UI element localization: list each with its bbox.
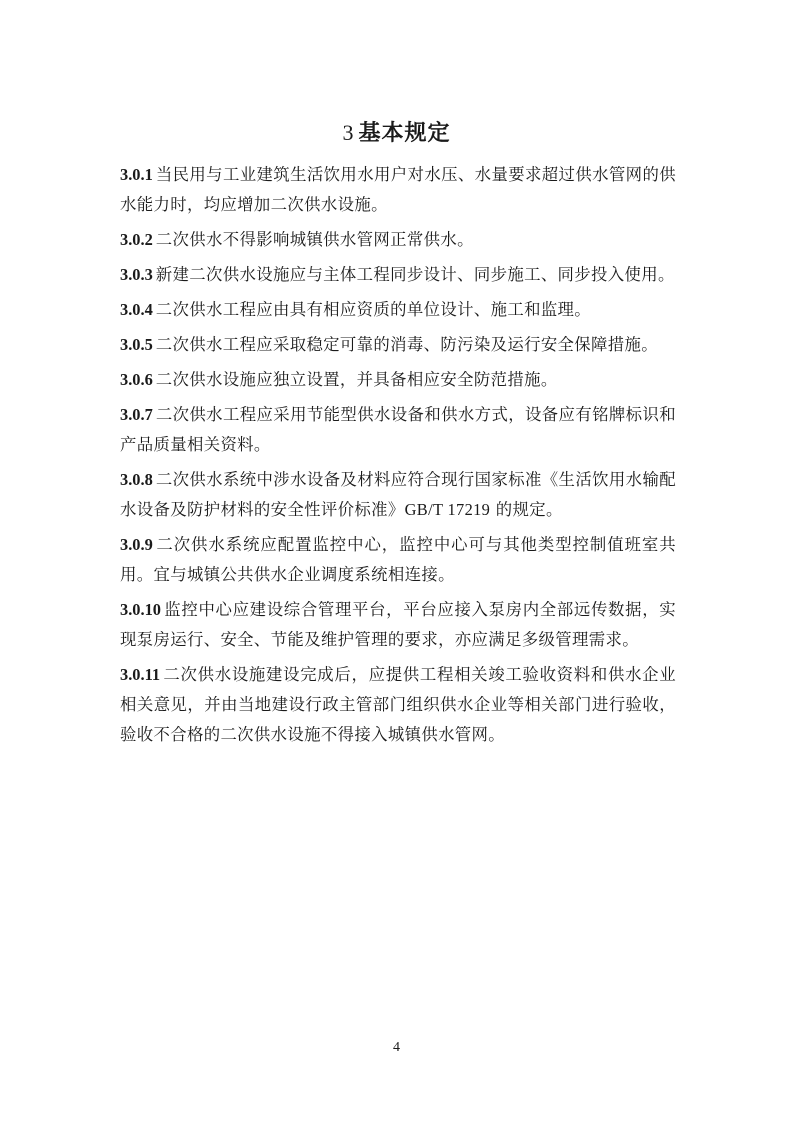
- clause-number: 3.0.6: [120, 370, 153, 389]
- clause-3-0-2: 3.0.2二次供水不得影响城镇供水管网正常供水。: [120, 225, 676, 255]
- clause-number: 3.0.5: [120, 335, 153, 354]
- clause-number: 3.0.8: [120, 470, 153, 489]
- clause-3-0-6: 3.0.6二次供水设施应独立设置，并具备相应安全防范措施。: [120, 365, 676, 395]
- clause-number: 3.0.11: [120, 665, 160, 684]
- section-title: 3基本规定: [0, 116, 793, 147]
- clause-text: 二次供水工程应采用节能型供水设备和供水方式，设备应有铭牌标识和产品质量相关资料。: [120, 405, 676, 454]
- clause-3-0-4: 3.0.4二次供水工程应由具有相应资质的单位设计、施工和监理。: [120, 295, 676, 325]
- standard-code: GB/T 17219: [405, 500, 491, 519]
- clause-number: 3.0.7: [120, 405, 153, 424]
- clause-text: 当民用与工业建筑生活饮用水用户对水压、水量要求超过供水管网的供水能力时，均应增加…: [120, 165, 676, 214]
- clause-text: 二次供水不得影响城镇供水管网正常供水。: [156, 230, 474, 249]
- clause-3-0-9: 3.0.9二次供水系统应配置监控中心，监控中心可与其他类型控制值班室共用。宜与城…: [120, 530, 676, 590]
- clause-text-after: 的规定。: [496, 500, 563, 519]
- clause-3-0-10: 3.0.10监控中心应建设综合管理平台，平台应接入泵房内全部远传数据，实现泵房运…: [120, 595, 676, 655]
- clause-text: 监控中心应建设综合管理平台，平台应接入泵房内全部远传数据，实现泵房运行、安全、节…: [120, 600, 676, 649]
- clause-text: 二次供水设施应独立设置，并具备相应安全防范措施。: [156, 370, 558, 389]
- clause-number: 3.0.1: [120, 165, 153, 184]
- document-page: 3基本规定 3.0.1当民用与工业建筑生活饮用水用户对水压、水量要求超过供水管网…: [0, 0, 793, 1122]
- clauses-list: 3.0.1当民用与工业建筑生活饮用水用户对水压、水量要求超过供水管网的供水能力时…: [120, 160, 676, 755]
- clause-3-0-8: 3.0.8二次供水系统中涉水设备及材料应符合现行国家标准《生活饮用水输配水设备及…: [120, 465, 676, 525]
- clause-text: 二次供水工程应采取稳定可靠的消毒、防污染及运行安全保障措施。: [156, 335, 658, 354]
- clause-3-0-7: 3.0.7二次供水工程应采用节能型供水设备和供水方式，设备应有铭牌标识和产品质量…: [120, 400, 676, 460]
- clause-number: 3.0.2: [120, 230, 153, 249]
- clause-number: 3.0.4: [120, 300, 153, 319]
- section-number: 3: [342, 120, 354, 145]
- clause-3-0-3: 3.0.3新建二次供水设施应与主体工程同步设计、同步施工、同步投入使用。: [120, 260, 676, 290]
- clause-text: 二次供水工程应由具有相应资质的单位设计、施工和监理。: [156, 300, 591, 319]
- clause-text: 二次供水系统中涉水设备及材料应符合现行国家标准《生活饮用水输配水设备及防护材料的…: [120, 470, 676, 519]
- clause-text: 二次供水设施建设完成后，应提供工程相关竣工验收资料和供水企业相关意见，并由当地建…: [120, 665, 676, 744]
- clause-number: 3.0.3: [120, 265, 153, 284]
- clause-text: 二次供水系统应配置监控中心，监控中心可与其他类型控制值班室共用。宜与城镇公共供水…: [120, 535, 676, 584]
- page-number: 4: [0, 1040, 793, 1056]
- clause-number: 3.0.9: [120, 535, 153, 554]
- clause-number: 3.0.10: [120, 600, 161, 619]
- clause-text: 新建二次供水设施应与主体工程同步设计、同步施工、同步投入使用。: [156, 265, 675, 284]
- section-title-text: 基本规定: [358, 120, 450, 146]
- clause-3-0-11: 3.0.11二次供水设施建设完成后，应提供工程相关竣工验收资料和供水企业相关意见…: [120, 660, 676, 750]
- clause-3-0-1: 3.0.1当民用与工业建筑生活饮用水用户对水压、水量要求超过供水管网的供水能力时…: [120, 160, 676, 220]
- clause-3-0-5: 3.0.5二次供水工程应采取稳定可靠的消毒、防污染及运行安全保障措施。: [120, 330, 676, 360]
